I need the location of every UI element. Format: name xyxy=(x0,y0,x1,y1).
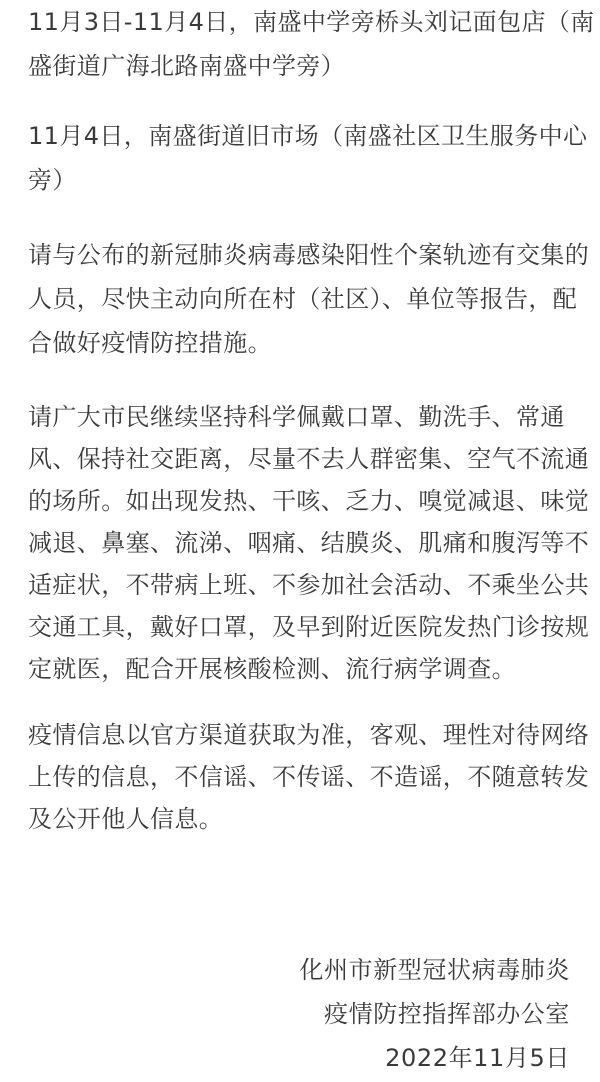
signature-org-line-1: 化州市新型冠状病毒肺炎 xyxy=(299,948,570,992)
text-line: 盛街道广海北路南盛中学旁） xyxy=(28,44,576,88)
text-line: 减退、鼻塞、流涕、咽痛、结膜炎、肌痛和腹泻等不 xyxy=(28,522,576,564)
signature-block: 化州市新型冠状病毒肺炎 疫情防控指挥部办公室 2022年11月5日 xyxy=(299,948,570,1080)
text-line: 11月4日，南盛街道旧市场（南盛社区卫生服务中心 xyxy=(28,114,576,158)
text-line: 旁） xyxy=(28,158,576,202)
text-line: 风、保持社交距离，尽量不去人群密集、空气不流通 xyxy=(28,438,576,480)
text-line: 的场所。如出现发热、干咳、乏力、嗅觉减退、味觉 xyxy=(28,480,576,522)
notice-document: 11月3日-11月4日，南盛中学旁桥头刘记面包店（南 盛街道广海北路南盛中学旁）… xyxy=(0,0,600,1082)
paragraph-location-2: 11月4日，南盛街道旧市场（南盛社区卫生服务中心 旁） xyxy=(28,114,576,202)
paragraph-official-info: 疫情信息以官方渠道获取为准，客观、理性对待网络 上传的信息，不信谣、不传谣、不造… xyxy=(28,714,576,840)
text-line: 合做好疫情防控措施。 xyxy=(28,321,576,365)
text-line: 适症状，不带病上班、不参加社会活动、不乘坐公共 xyxy=(28,564,576,606)
text-line: 交通工具，戴好口罩，及早到附近医院发热门诊按规 xyxy=(28,606,576,648)
signature-date: 2022年11月5日 xyxy=(299,1036,570,1080)
paragraph-report-request: 请与公布的新冠肺炎病毒感染阳性个案轨迹有交集的 人员，尽快主动向所在村（社区）、… xyxy=(28,233,576,365)
text-line: 及公开他人信息。 xyxy=(28,798,576,840)
text-line: 人员，尽快主动向所在村（社区）、单位等报告，配 xyxy=(28,277,576,321)
text-line: 疫情信息以官方渠道获取为准，客观、理性对待网络 xyxy=(28,714,576,756)
paragraph-location-1: 11月3日-11月4日，南盛中学旁桥头刘记面包店（南 盛街道广海北路南盛中学旁） xyxy=(28,0,576,88)
text-line: 请与公布的新冠肺炎病毒感染阳性个案轨迹有交集的 xyxy=(28,233,576,277)
text-line: 上传的信息，不信谣、不传谣、不造谣，不随意转发 xyxy=(28,756,576,798)
paragraph-public-advice: 请广大市民继续坚持科学佩戴口罩、勤洗手、常通 风、保持社交距离，尽量不去人群密集… xyxy=(28,396,576,690)
text-line: 11月3日-11月4日，南盛中学旁桥头刘记面包店（南 xyxy=(28,0,576,44)
text-line: 请广大市民继续坚持科学佩戴口罩、勤洗手、常通 xyxy=(28,396,576,438)
signature-org-line-2: 疫情防控指挥部办公室 xyxy=(299,992,570,1036)
text-line: 定就医，配合开展核酸检测、流行病学调查。 xyxy=(28,648,576,690)
